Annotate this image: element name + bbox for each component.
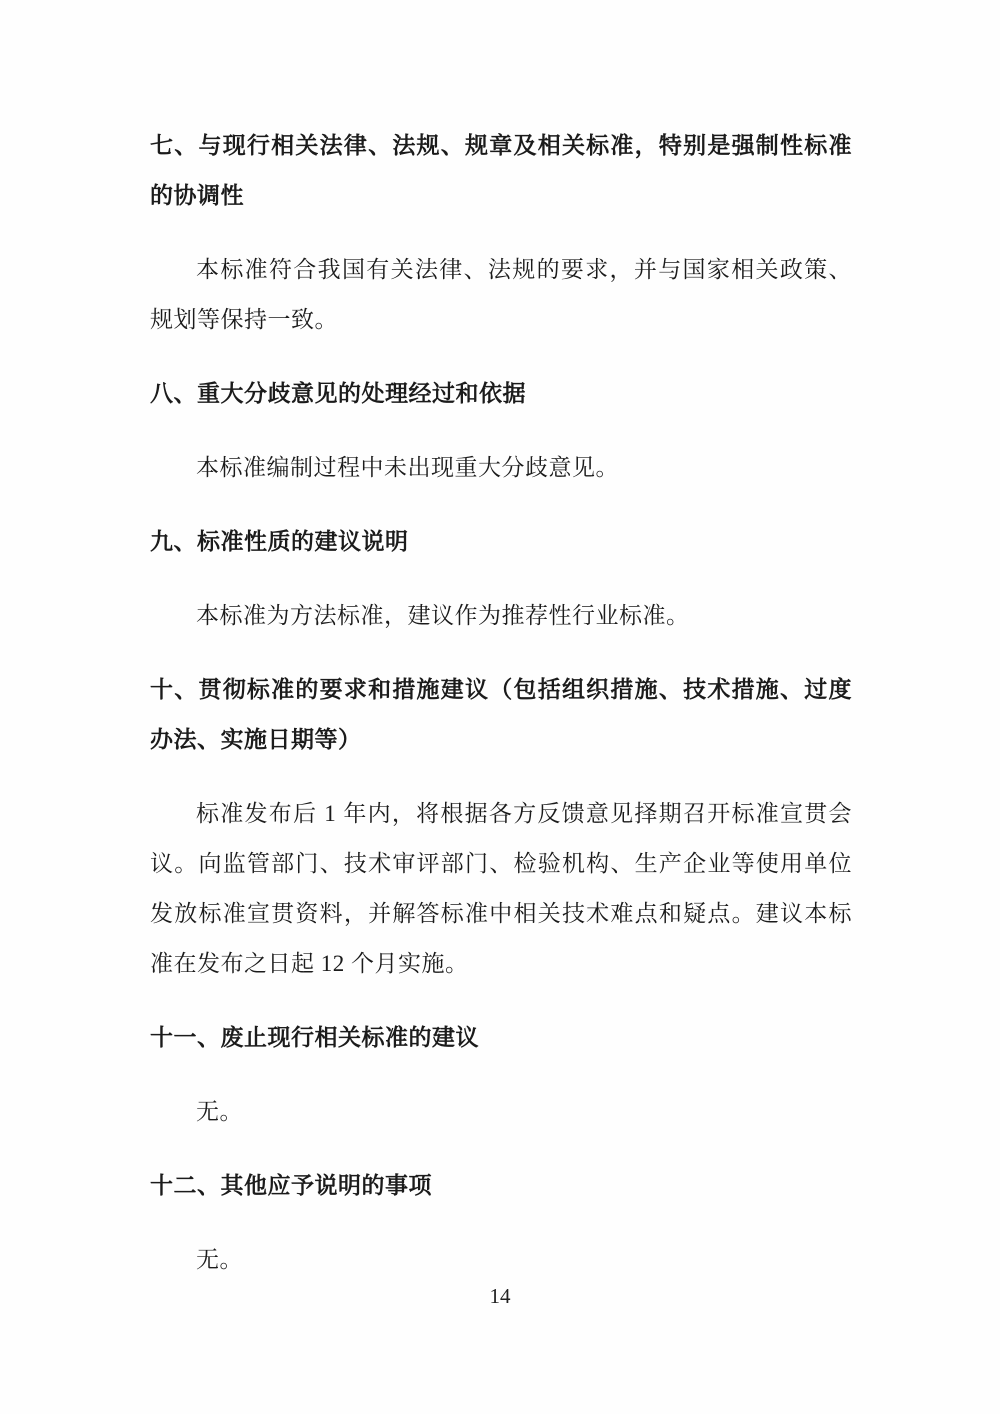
paragraph-section-11: 无。 xyxy=(150,1087,852,1137)
page-number: 14 xyxy=(0,1284,1000,1309)
heading-section-12: 十二、其他应予说明的事项 xyxy=(150,1161,852,1211)
heading-section-8: 八、重大分歧意见的处理经过和依据 xyxy=(150,369,852,419)
heading-section-11: 十一、废止现行相关标准的建议 xyxy=(150,1013,852,1063)
paragraph-section-8: 本标准编制过程中未出现重大分歧意见。 xyxy=(150,443,852,493)
paragraph-section-12: 无。 xyxy=(150,1235,852,1285)
paragraph-section-7: 本标准符合我国有关法律、法规的要求，并与国家相关政策、规划等保持一致。 xyxy=(150,245,852,345)
heading-section-10: 十、贯彻标准的要求和措施建议（包括组织措施、技术措施、过度办法、实施日期等） xyxy=(150,665,852,765)
paragraph-section-9: 本标准为方法标准，建议作为推荐性行业标准。 xyxy=(150,591,852,641)
paragraph-section-10: 标准发布后 1 年内，将根据各方反馈意见择期召开标准宣贯会议。向监管部门、技术审… xyxy=(150,789,852,989)
document-page: 七、与现行相关法律、法规、规章及相关标准，特别是强制性标准的协调性 本标准符合我… xyxy=(0,0,1000,1414)
heading-section-7: 七、与现行相关法律、法规、规章及相关标准，特别是强制性标准的协调性 xyxy=(150,121,852,221)
heading-section-9: 九、标准性质的建议说明 xyxy=(150,517,852,567)
document-body: 七、与现行相关法律、法规、规章及相关标准，特别是强制性标准的协调性 本标准符合我… xyxy=(150,121,852,1285)
